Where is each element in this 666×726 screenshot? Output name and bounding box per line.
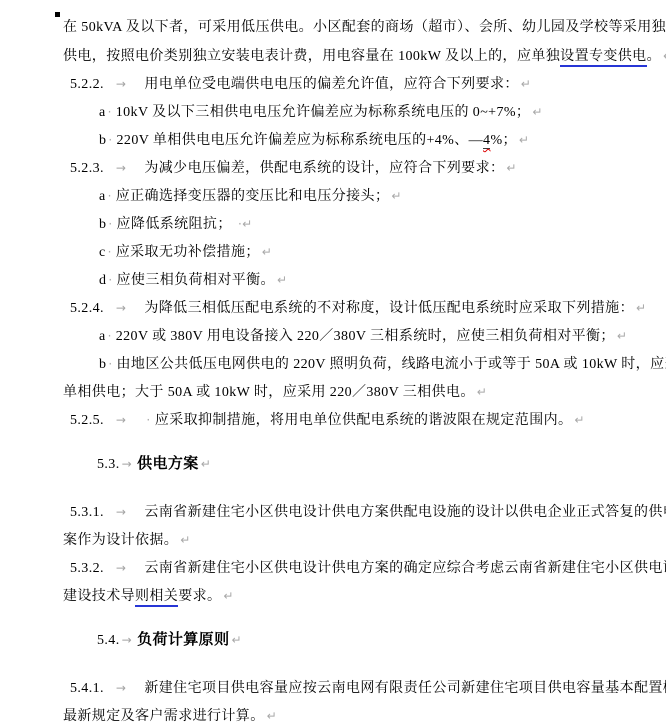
text-run: 5.2.3. <box>70 161 104 176</box>
text-run: 应使三相负荷相对平衡。 <box>113 273 275 288</box>
text-line: 5.3.1.→云南省新建住宅小区供电设计供电方案供配电设施的设计以供电企业正式答… <box>0 498 666 526</box>
paragraph-mark-icon: · <box>146 413 154 427</box>
text-run: b <box>99 133 106 148</box>
text-run: 220V 或 380V 用电设备接入 220／380V 三相系统时，应使三相负荷… <box>112 329 615 344</box>
text-run: 应采取抑制措施，将用电单位供配电系统的谐波限在规定范围内。 <box>155 413 573 428</box>
text-run: 最新规定及客户需求进行计算。 <box>63 709 265 724</box>
text-run: d <box>99 273 106 288</box>
text-run: 建设技术导 <box>63 589 135 604</box>
text-line: b· 220V 单相供电电压允许偏差应为标称系统电压的+4%、—4%；↵ <box>0 126 666 154</box>
heading-bullet-square <box>55 12 60 17</box>
text-run: %； <box>490 133 516 148</box>
text-run: 云南省新建住宅小区供电设计供电方案供配电设施的设计以供电企业正式答复的供电方 <box>144 505 666 520</box>
text-line: 案作为设计依据。↵ <box>0 526 666 554</box>
text-run: a <box>99 105 106 120</box>
paragraph-mark-icon: ↵ <box>201 457 211 471</box>
text-run: 5.2.2. <box>70 77 104 92</box>
heading-title: 负荷计算原则 <box>137 632 229 648</box>
text-run: 。 <box>647 49 661 64</box>
text-line: c· 应采取无功补偿措施；↵ <box>0 238 666 266</box>
text-line: b· 由地区公共低压电网供电的 220V 照明负荷，线路电流小于或等于 50A … <box>0 350 666 378</box>
text-run: a <box>99 329 106 344</box>
text-line: d· 应使三相负荷相对平衡。↵ <box>0 266 666 294</box>
text-line: a· 220V 或 380V 用电设备接入 220／380V 三相系统时，应使三… <box>0 322 666 350</box>
tab-arrow-icon: → <box>116 413 126 427</box>
tab-arrow-icon: → <box>116 681 126 695</box>
text-run: 由地区公共低压电网供电的 220V 照明负荷，线路电流小于或等于 50A 或 1… <box>113 357 666 372</box>
text-run: b <box>99 217 106 232</box>
text-line: 单相供电；大于 50A 或 10kW 时，应采用 220／380V 三相供电。↵ <box>0 378 666 406</box>
text-run: 5.2.5. <box>70 413 104 428</box>
text-line: a· 10kV 及以下三相供电电压允许偏差应为标称系统电压的 0~+7%；↵ <box>0 98 666 126</box>
section-heading: 5.3.→供电方案↵ <box>0 450 666 478</box>
text-line: 5.2.5.→· 应采取抑制措施，将用电单位供配电系统的谐波限在规定范围内。↵ <box>0 406 666 434</box>
paragraph-mark-icon: ↵ <box>262 245 272 259</box>
text-run: 新建住宅项目供电容量应按云南电网有限责任公司新建住宅项目供电容量基本配置标准 <box>144 681 666 696</box>
paragraph-mark-icon: ↵ <box>223 589 233 603</box>
heading-number: 5.3. <box>97 457 120 472</box>
underlined-insertion-text: 则相关 <box>135 589 178 607</box>
text-line: 5.2.4.→为降低三相低压配电系统的不对称度，设计低压配电系统时应采取下列措施… <box>0 294 666 322</box>
document-body: 在 50kVA 及以下者，可采用低压供电。小区配套的商场（超市）、会所、幼儿园及… <box>0 0 666 726</box>
paragraph-mark-icon: ·↵ <box>234 217 253 231</box>
paragraph-mark-icon: ↵ <box>180 533 190 547</box>
text-line: 5.3.2.→云南省新建住宅小区供电设计供电方案的确定应综合考虑云南省新建住宅小… <box>0 554 666 582</box>
text-line: 最新规定及客户需求进行计算。↵ <box>0 702 666 726</box>
text-run: 案作为设计依据。 <box>63 533 178 548</box>
underlined-insertion-text: 设置专变供电 <box>560 49 646 67</box>
text-run: 5.2.4. <box>70 301 104 316</box>
text-line: 建设技术导则相关要求。↵ <box>0 582 666 610</box>
tab-arrow-icon: → <box>122 457 132 471</box>
text-run: 在 50kVA 及以下者，可采用低压供电。小区配套的商场（超市）、会所、幼儿园及… <box>63 20 666 35</box>
text-run: 云南省新建住宅小区供电设计供电方案的确定应综合考虑云南省新建住宅小区供电设施 <box>144 561 666 576</box>
text-run: 应正确选择变压器的变压比和电压分接头； <box>112 189 390 204</box>
paragraph-mark-icon: ↵ <box>574 413 584 427</box>
text-run: 5.3.1. <box>70 505 104 520</box>
paragraph-mark-icon: ↵ <box>519 133 529 147</box>
tab-arrow-icon: → <box>116 505 126 519</box>
paragraph-mark-icon: ↵ <box>636 301 646 315</box>
tab-arrow-icon: → <box>116 301 126 315</box>
heading-number: 5.4. <box>97 633 120 648</box>
paragraph-mark-icon: ↵ <box>231 633 241 647</box>
tab-arrow-icon: → <box>116 561 126 575</box>
text-run: 用电单位受电端供电电压的偏差允许值，应符合下列要求： <box>144 77 518 92</box>
paragraph-mark-icon: ↵ <box>521 77 531 91</box>
paragraph-mark-icon: ↵ <box>617 329 627 343</box>
text-run: 为降低三相低压配电系统的不对称度，设计低压配电系统时应采取下列措施： <box>144 301 634 316</box>
text-line: a· 应正确选择变压器的变压比和电压分接头；↵ <box>0 182 666 210</box>
paragraph-mark-icon: ↵ <box>532 105 542 119</box>
text-line: 在 50kVA 及以下者，可采用低压供电。小区配套的商场（超市）、会所、幼儿园及… <box>0 14 666 42</box>
paragraph-mark-icon: ↵ <box>277 273 287 287</box>
text-line: b· 应降低系统阻抗； ·↵ <box>0 210 666 238</box>
text-run: b <box>99 357 106 372</box>
text-line: 供电，按照电价类别独立安装电表计费，用电容量在 100kW 及以上的，应单独设置… <box>0 42 666 70</box>
text-run: 220V 单相供电电压允许偏差应为标称系统电压的+4%、— <box>113 133 483 148</box>
paragraph-mark-icon: ↵ <box>267 709 277 723</box>
text-line: 5.4.1.→新建住宅项目供电容量应按云南电网有限责任公司新建住宅项目供电容量基… <box>0 674 666 702</box>
heading-title: 供电方案 <box>137 456 199 472</box>
text-line: 5.2.3.→为减少电压偏差，供配电系统的设计，应符合下列要求：↵ <box>0 154 666 182</box>
tab-arrow-icon: → <box>116 161 126 175</box>
text-run: 单相供电；大于 50A 或 10kW 时，应采用 220／380V 三相供电。 <box>63 385 475 400</box>
text-run: 5.4.1. <box>70 681 104 696</box>
text-run: 供电，按照电价类别独立安装电表计费，用电容量在 100kW 及以上的，应单独 <box>63 49 560 64</box>
text-run: a <box>99 189 106 204</box>
text-run: 10kV 及以下三相供电电压允许偏差应为标称系统电压的 0~+7%； <box>112 105 531 120</box>
text-run: 应降低系统阻抗； <box>113 217 232 232</box>
text-run: 5.3.2. <box>70 561 104 576</box>
paragraph-mark-icon: ↵ <box>391 189 401 203</box>
paragraph-mark-icon: ↵ <box>477 385 487 399</box>
section-heading: 5.4.→负荷计算原则↵ <box>0 626 666 654</box>
text-run: c <box>99 245 106 260</box>
tab-arrow-icon: → <box>122 633 132 647</box>
text-run: 为减少电压偏差，供配电系统的设计，应符合下列要求： <box>144 161 504 176</box>
paragraph-mark-icon: ↵ <box>506 161 516 175</box>
text-run: 应采取无功补偿措施； <box>112 245 260 260</box>
text-line: 5.2.2.→用电单位受电端供电电压的偏差允许值，应符合下列要求：↵ <box>0 70 666 98</box>
tab-arrow-icon: → <box>116 77 126 91</box>
document-page: 在 50kVA 及以下者，可采用低压供电。小区配套的商场（超市）、会所、幼儿园及… <box>0 0 666 726</box>
text-run: 要求。 <box>178 589 221 604</box>
